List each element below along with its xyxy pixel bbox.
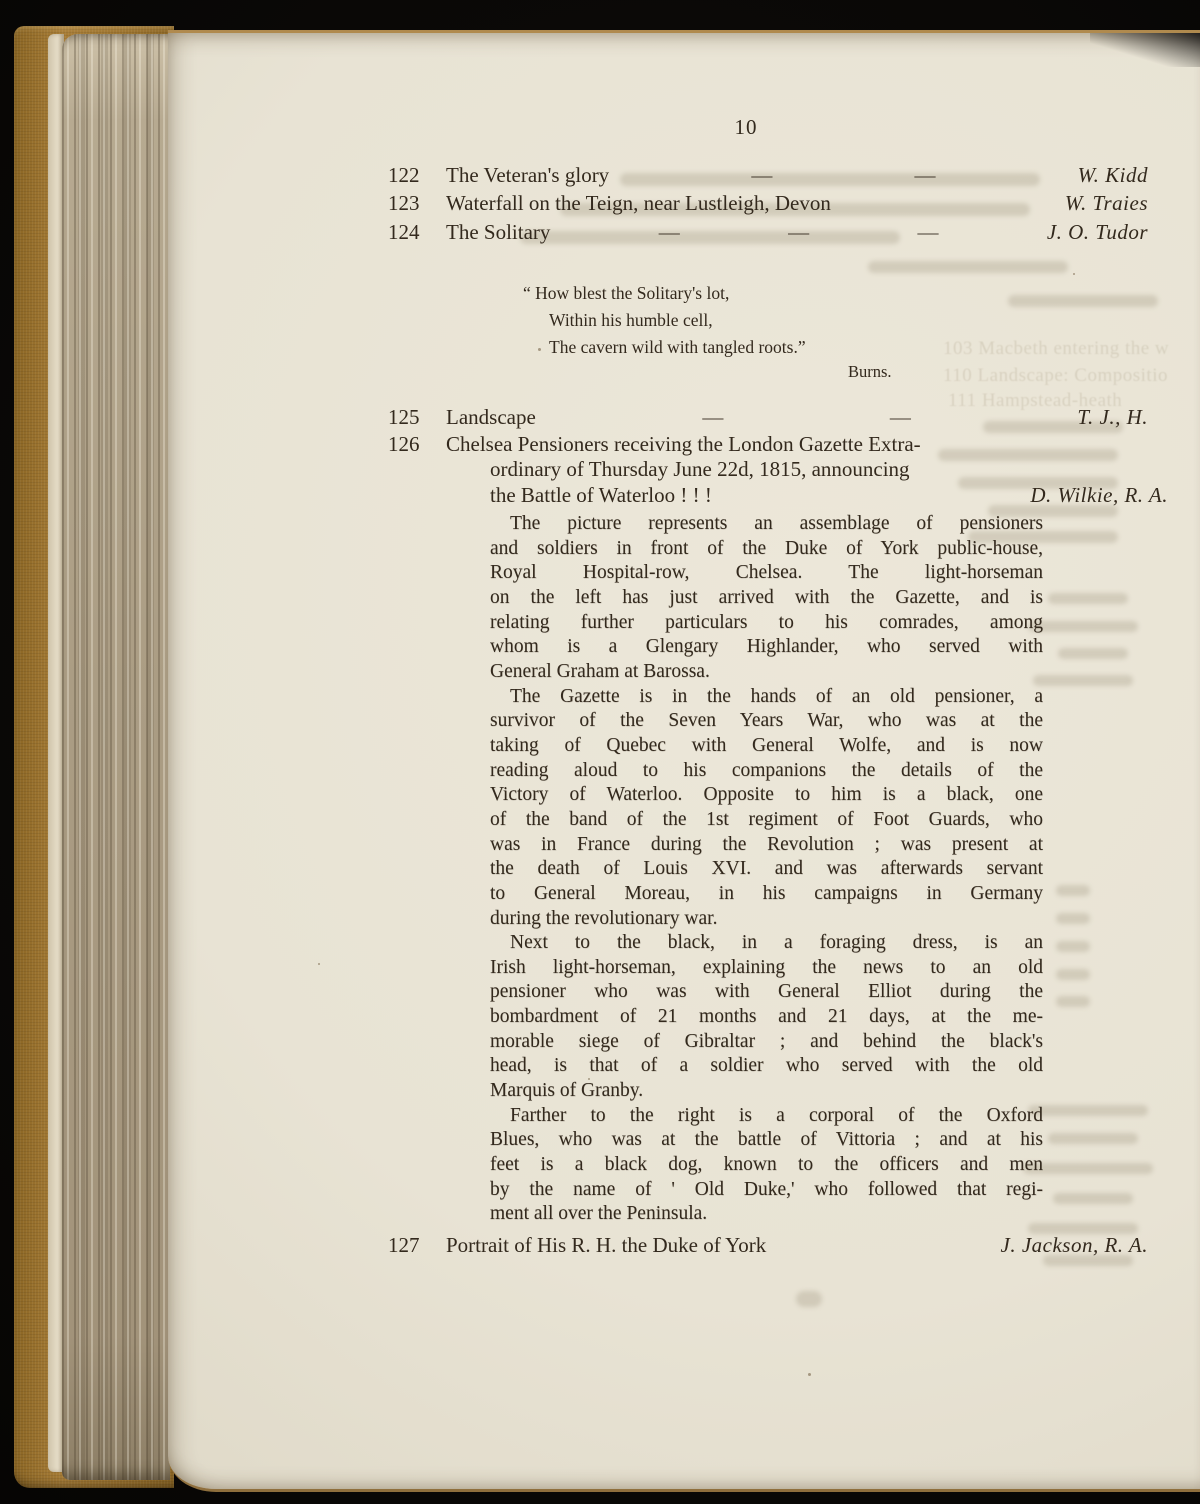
description-line: Marquis of Granby. xyxy=(490,1079,1043,1104)
description-line: ment all over the Peninsula. xyxy=(490,1202,1043,1227)
book-page-edges xyxy=(62,34,170,1480)
description-line: pensioner who was with General Elliot du… xyxy=(490,980,1043,1005)
dash: — xyxy=(751,161,772,189)
dash: — xyxy=(788,218,809,246)
quote-attribution: Burns. xyxy=(848,361,1148,382)
description-line: taking of Quebec with General Wolfe, and… xyxy=(490,734,1043,759)
entry-number: 125 xyxy=(388,403,446,431)
entry-number: 126 xyxy=(388,432,446,458)
entry-title: Landscape xyxy=(446,403,536,431)
entry-126-line2: ordinary of Thursday June 22d, 1815, ann… xyxy=(490,457,1148,483)
description-line: during the revolutionary war. xyxy=(490,907,1043,932)
description-line: morable siege of Gibraltar ; and behind … xyxy=(490,1030,1043,1055)
entry-number: 123 xyxy=(388,189,446,217)
entry-number: 127 xyxy=(388,1231,446,1259)
catalogue-entries-top: 122The Veteran's glory——W. Kidd123Waterf… xyxy=(388,161,1148,246)
entry-126-line3-text: the Battle of Waterloo ! ! ! xyxy=(490,483,712,509)
entry-artist: T. J., H. xyxy=(1077,403,1148,431)
quote-line: The cavern wild with tangled roots.” xyxy=(523,334,1148,361)
description-line: Next to the black, in a foraging dress, … xyxy=(490,931,1043,956)
description-line: the death of Louis XVI. and was afterwar… xyxy=(490,857,1043,882)
catalogue-entry: 123Waterfall on the Teign, near Lustleig… xyxy=(388,189,1148,217)
dash: — xyxy=(659,218,680,246)
entry-artist: J. O. Tudor xyxy=(1047,218,1148,246)
entry-126-line3: the Battle of Waterloo ! ! ! D. Wilkie, … xyxy=(388,483,1148,509)
description-line: whom is a Glengary Highlander, who serve… xyxy=(490,635,1043,660)
entry-title: Portrait of His R. H. the Duke of York xyxy=(446,1231,766,1259)
description-line: The Gazette is in the hands of an old pe… xyxy=(490,685,1043,710)
entry-title: Waterfall on the Teign, near Lustleigh, … xyxy=(446,189,831,217)
dust-speck xyxy=(808,1373,811,1376)
catalogue-entries-mid: 125Landscape——T. J., H. 126 Chelsea Pens… xyxy=(388,403,1148,509)
entry-artist: W. Traies xyxy=(1065,189,1148,217)
description-line: Irish light-horseman, explaining the new… xyxy=(490,956,1043,981)
book-page: 103 Macbeth entering the w110 Landscape:… xyxy=(168,30,1200,1492)
entry-number: 122 xyxy=(388,161,446,189)
entry-artist: W. Kidd xyxy=(1078,161,1148,189)
description-line: Farther to the right is a corporal of th… xyxy=(490,1104,1043,1129)
show-through-smudge xyxy=(796,1291,822,1307)
dash: — xyxy=(702,403,723,431)
entry-126-line1: 126 Chelsea Pensioners receiving the Lon… xyxy=(388,432,1148,458)
entry-126-description: The picture represents an assemblage of … xyxy=(490,512,1043,1227)
dash: — xyxy=(917,218,938,246)
dust-speck xyxy=(318,963,320,965)
description-line: bombardment of 21 months and 21 days, at… xyxy=(490,1005,1043,1030)
description-line: and soldiers in front of the Duke of Yor… xyxy=(490,537,1043,562)
description-line: on the left has just arrived with the Ga… xyxy=(490,586,1043,611)
description-line: survivor of the Seven Years War, who was… xyxy=(490,709,1043,734)
description-line: to General Moreau, in his campaigns in G… xyxy=(490,882,1043,907)
catalogue-entry-125: 125Landscape——T. J., H. xyxy=(388,403,1148,431)
catalogue-entry-127: 127 Portrait of His R. H. the Duke of Yo… xyxy=(388,1231,1148,1259)
description-line: Victory of Waterloo. Opposite to him is … xyxy=(490,783,1043,808)
photograph-background: 103 Macbeth entering the w110 Landscape:… xyxy=(0,0,1200,1504)
catalogue-entry: 122The Veteran's glory——W. Kidd xyxy=(388,161,1148,189)
catalogue-entry: 125Landscape——T. J., H. xyxy=(388,403,1148,431)
dash: — xyxy=(914,161,935,189)
page-content: 10 122The Veteran's glory——W. Kidd123Wat… xyxy=(388,115,1148,1259)
catalogue-entry-126: 126 Chelsea Pensioners receiving the Lon… xyxy=(388,432,1148,509)
description-line: reading aloud to his companions the deta… xyxy=(490,759,1043,784)
entry-dashes: ——— xyxy=(550,218,1046,246)
entry-dashes: —— xyxy=(609,161,1077,189)
page-number: 10 xyxy=(366,115,1126,140)
quote-line: “ How blest the Solitary's lot, xyxy=(523,280,1148,307)
verse-quote: “ How blest the Solitary's lot,Within hi… xyxy=(523,280,1148,382)
description-line: Blues, who was at the battle of Vittoria… xyxy=(490,1128,1043,1153)
description-line: by the name of ' Old Duke,' who followed… xyxy=(490,1178,1043,1203)
description-line: feet is a black dog, known to the office… xyxy=(490,1153,1043,1178)
entry-artist: J. Jackson, R. A. xyxy=(1001,1231,1148,1259)
description-line: The picture represents an assemblage of … xyxy=(490,512,1043,537)
catalogue-entry: 124The Solitary———J. O. Tudor xyxy=(388,218,1148,246)
description-line: was in France during the Revolution ; wa… xyxy=(490,833,1043,858)
description-line: of the band of the 1st regiment of Foot … xyxy=(490,808,1043,833)
quote-lines: “ How blest the Solitary's lot,Within hi… xyxy=(523,280,1148,361)
page-corner-shadow xyxy=(1090,33,1200,67)
description-line: Royal Hospital-row, Chelsea. The light-h… xyxy=(490,561,1043,586)
entry-artist: D. Wilkie, R. A. xyxy=(1030,483,1168,509)
entry-title: Chelsea Pensioners receiving the London … xyxy=(446,432,921,458)
dash: — xyxy=(890,403,911,431)
entry-title: The Veteran's glory xyxy=(446,161,609,189)
description-line: head, is that of a soldier who served wi… xyxy=(490,1054,1043,1079)
entry-title: The Solitary xyxy=(446,218,550,246)
entry-dashes: —— xyxy=(536,403,1078,431)
quote-line: Within his humble cell, xyxy=(523,307,1148,334)
description-line: General Graham at Barossa. xyxy=(490,660,1043,685)
entry-number: 124 xyxy=(388,218,446,246)
description-line: relating further particulars to his comr… xyxy=(490,611,1043,636)
